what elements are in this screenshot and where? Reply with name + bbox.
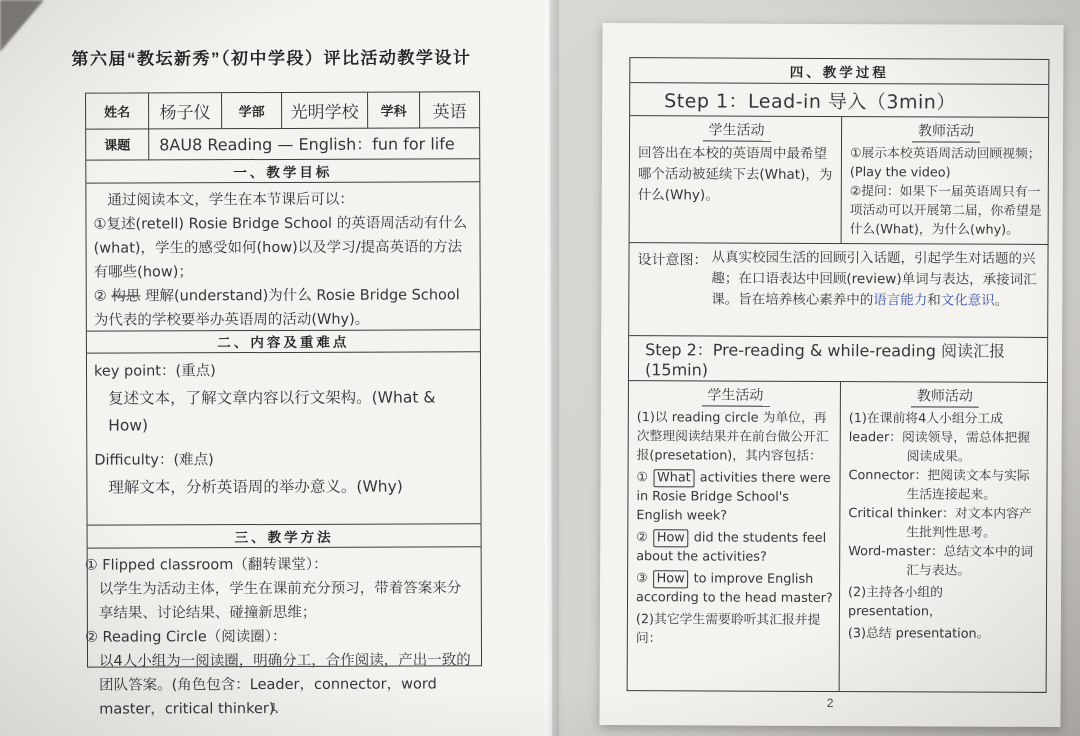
method-2-title: ② Reading Circle（阅读圈）： xyxy=(85,624,474,649)
info-row-2: 课题 8AU8 Reading — English：fun for life xyxy=(86,128,479,160)
step2-teacher-item3: (3)总结 presentation。 xyxy=(848,624,1040,644)
step2-teacher-item2: (2)主持各小组的 presentation， xyxy=(848,583,1040,622)
objective-2-text: 理解(understand)为什么 Rosie Bridge School 为代… xyxy=(94,287,460,328)
topic-value: 8AU8 Reading — English：fun for life xyxy=(149,128,479,159)
teaching-process-table: 四、教学过程 Step 1：Lead-in 导入（3min） 学生活动 回答出在… xyxy=(627,57,1050,693)
section-2-header: 二、内容及重难点 xyxy=(87,330,480,353)
lesson-plan-table: 姓名 杨子仪 学部 光明学校 学科 英语 课题 8AU8 Reading — E… xyxy=(85,91,482,667)
key-point-label: key point：(重点) xyxy=(94,357,473,385)
design-intent-label: 设计意图： xyxy=(637,247,711,333)
step1-student-text: 回答出在本校的英语周中最希望哪个活动被延续下去(What)，为什么(Why)。 xyxy=(638,143,835,207)
name-label: 姓名 xyxy=(86,93,149,128)
key-points-text: key point：(重点) 复述文本，了解文章内容以行文架构。(What & … xyxy=(87,352,481,525)
step1-teacher-item1: ①展示本校英语周活动回顾视频；(Play the video) xyxy=(850,144,1042,183)
page-1: 第六届“教坛新秀”（初中学段）评比活动教学设计 姓名 杨子仪 学部 光明学校 学… xyxy=(0,0,552,736)
subject-label: 学科 xyxy=(368,92,420,127)
boxed-how-2: How xyxy=(653,570,689,588)
section-3-header: 三、教学方法 xyxy=(88,524,481,548)
objective-2-strikethrough: 构思 xyxy=(111,288,140,304)
step2-title: Step 2：Pre-reading & while-reading 阅读汇报(… xyxy=(629,336,1047,383)
step2-teacher-intro: (1)在课前将4人小组分工成 xyxy=(849,409,1041,429)
design-intent-blue-2: 文化意识 xyxy=(941,292,995,308)
step2-question-1: ① What activities there were in Rosie Br… xyxy=(636,468,833,526)
step2-teacher-header: 教师活动 xyxy=(849,385,1041,408)
topic-label: 课题 xyxy=(86,129,149,159)
section-4-header: 四、教学过程 xyxy=(630,58,1048,85)
boxed-what: What xyxy=(653,469,695,487)
document-title: 第六届“教坛新秀”（初中学段）评比活动教学设计 xyxy=(0,43,550,70)
photo-background: 第六届“教坛新秀”（初中学段）评比活动教学设计 姓名 杨子仪 学部 光明学校 学… xyxy=(0,0,1080,736)
role-connector: Connector：把阅读文本与实际生活连接起来。 xyxy=(848,466,1040,505)
difficulty-text: 理解文本，分析英语周的举办意义。(Why) xyxy=(94,473,473,501)
design-intent-period: 。 xyxy=(995,293,1009,309)
boxed-how-1: How xyxy=(653,529,689,547)
section-1-header: 一、教学目标 xyxy=(86,159,479,183)
name-value: 杨子仪 xyxy=(149,93,222,128)
role-word-master: Word-master：总结文本中的词汇与表达。 xyxy=(848,542,1040,581)
objective-2-mark: ② xyxy=(94,288,112,304)
department-value: 光明学校 xyxy=(282,93,368,128)
objectives-text: 通过阅读本文，学生在本节课后可以： ①复述(retell) Rosie Brid… xyxy=(86,182,480,330)
step1-title: Step 1：Lead-in 导入（3min） xyxy=(630,83,1048,118)
step2-student-header: 学生活动 xyxy=(637,384,834,407)
method-1-title: ① Flipped classroom（翻转课堂）： xyxy=(85,552,474,577)
difficulty-label: Difficulty：(难点) xyxy=(94,446,473,474)
step2-student-item2: (2)其它学生需要聆听其汇报并提问： xyxy=(636,610,833,649)
paper-edge-shadow xyxy=(545,0,559,736)
step1-teacher-item2: ②提问：如果下一届英语周只有一项活动可以开展第二届，你希望是什么(What)，为… xyxy=(850,182,1042,240)
page-2: 四、教学过程 Step 1：Lead-in 导入（3min） 学生活动 回答出在… xyxy=(599,23,1063,727)
objectives-cell: 通过阅读本文，学生在本节课后可以： ①复述(retell) Rosie Brid… xyxy=(86,182,480,331)
role-critical-thinker: Critical thinker：对文本内容产生批判性思考。 xyxy=(848,504,1040,543)
photo-corner-shadow xyxy=(0,0,44,52)
design-intent-and: 和 xyxy=(927,292,941,308)
subject-value: 英语 xyxy=(420,92,479,127)
key-point-text: 复述文本，了解文章内容以行文架构。(What & How) xyxy=(94,384,473,439)
role-leader: leader：阅读领导，需总体把握阅读成果。 xyxy=(849,428,1041,467)
design-intent-row: 设计意图： 从真实校园生活的回顾引入话题，引起学生对话题的兴趣；在口语表达中回顾… xyxy=(629,243,1047,338)
page-number-1: 1 xyxy=(0,699,552,715)
info-row-1: 姓名 杨子仪 学部 光明学校 学科 英语 xyxy=(86,92,479,129)
department-label: 学部 xyxy=(222,93,282,128)
step1-student-column: 学生活动 回答出在本校的英语周中最希望哪个活动被延续下去(What)，为什么(W… xyxy=(630,116,843,243)
methods-text: ① Flipped classroom（翻转课堂）： 以学生为活动主体，学生在课… xyxy=(78,547,481,666)
step2-student-column: 学生活动 (1)以 reading circle 为单位，再次整理阅读结果并在前… xyxy=(628,381,841,691)
step2-columns: 学生活动 (1)以 reading circle 为单位，再次整理阅读结果并在前… xyxy=(628,381,1047,692)
objectives-intro: 通过阅读本文，学生在本节课后可以： xyxy=(93,187,472,212)
key-points-cell: key point：(重点) 复述文本，了解文章内容以行文架构。(What & … xyxy=(87,352,481,526)
page-number-2: 2 xyxy=(600,695,1061,711)
objective-1: ①复述(retell) Rosie Bridge School 的英语周活动有什… xyxy=(93,211,472,284)
step2-question-3: ③ How to improve English according to th… xyxy=(636,569,833,608)
objective-2: ② 构思 理解(understand)为什么 Rosie Bridge Scho… xyxy=(94,283,473,332)
design-intent-text: 从真实校园生活的回顾引入话题，引起学生对话题的兴趣；在口语表达中回顾(revie… xyxy=(711,247,1041,334)
step1-teacher-header: 教师活动 xyxy=(850,120,1042,143)
step1-columns: 学生活动 回答出在本校的英语周中最希望哪个活动被延续下去(What)，为什么(W… xyxy=(630,116,1049,245)
methods-cell: ① Flipped classroom（翻转课堂）： 以学生为活动主体，学生在课… xyxy=(88,547,481,666)
step1-teacher-column: 教师活动 ①展示本校英语周活动回顾视频；(Play the video) ②提问… xyxy=(842,117,1049,244)
design-intent-blue-1: 语言能力 xyxy=(873,292,927,308)
step1-student-header: 学生活动 xyxy=(638,119,835,142)
step2-student-intro: (1)以 reading circle 为单位，再次整理阅读结果并在前台做公开汇… xyxy=(637,408,834,466)
step2-teacher-column: 教师活动 (1)在课前将4人小组分工成 leader：阅读领导，需总体把握阅读成… xyxy=(840,382,1047,692)
step2-question-2: ② How did the students feel about the ac… xyxy=(636,528,833,567)
method-1-text: 以学生为活动主体，学生在课前充分预习，带着答案来分享结果、讨论结果、碰撞新思维； xyxy=(85,576,474,625)
